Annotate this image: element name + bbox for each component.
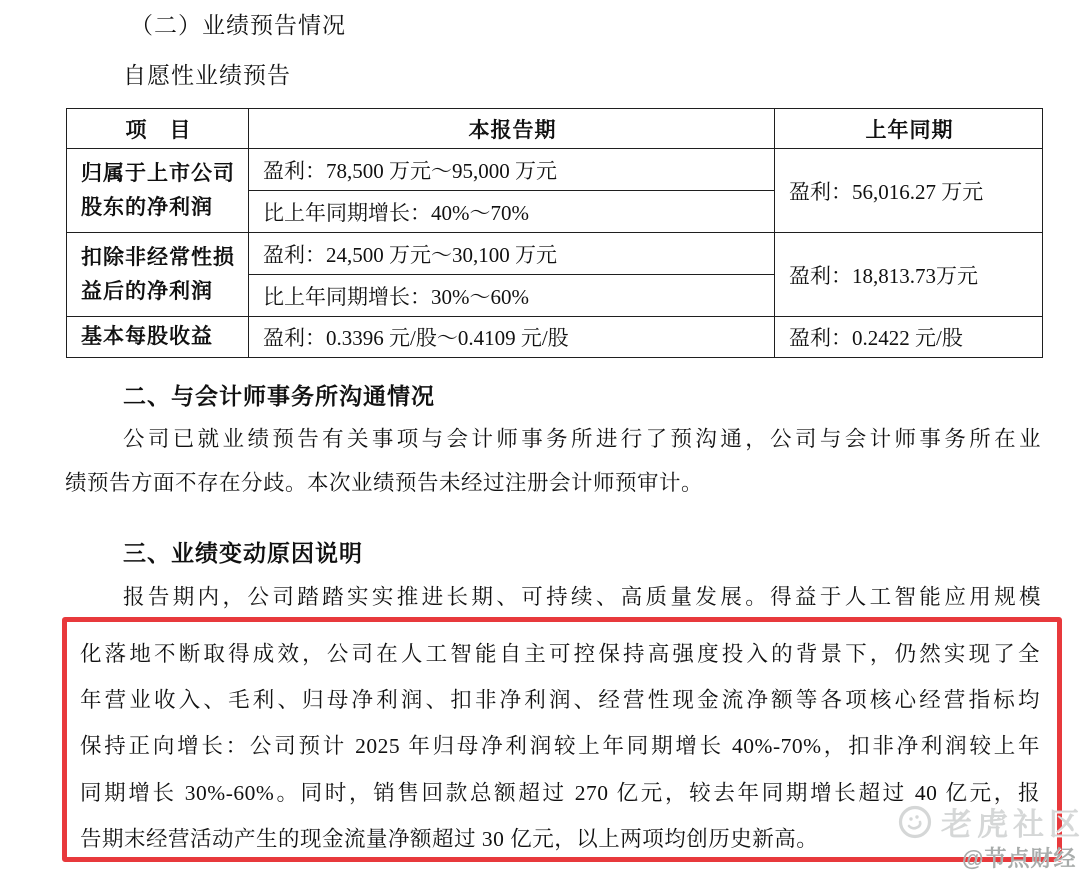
row-item-deducted-profit: 扣除非经常性损益后的净利润 <box>67 233 249 317</box>
row-item-eps: 基本每股收益 <box>67 317 249 358</box>
paragraph-line: 绩预告方面不存在分歧。本次业绩预告未经过注册会计师预审计。 <box>65 468 1041 498</box>
eps-prior: 盈利：0.2422 元/股 <box>775 317 1043 358</box>
net-profit-prior: 盈利：56,016.27 万元 <box>775 149 1043 233</box>
tiger-community-watermark: 老虎社区 <box>897 799 1080 844</box>
watermark-credit-label: @节点财经 <box>962 842 1076 873</box>
announcement-page: （二）业绩预告情况 自愿性业绩预告 项 目 本报告期 上年同期 归属于上市公司股… <box>0 0 1080 883</box>
header-current-period: 本报告期 <box>249 109 775 149</box>
highlighted-line: 告期末经营活动产生的现金流量净额超过 30 亿元，以上两项均创历史新高。 <box>80 816 1040 862</box>
paragraph-line: 报告期内，公司踏踏实实推进长期、可持续、高质量发展。得益于人工智能应用规模 <box>65 582 1041 612</box>
deducted-profit-growth: 比上年同期增长：30%～60% <box>249 275 775 317</box>
section-title-auditor-communication: 二、与会计师事务所沟通情况 <box>123 378 435 411</box>
table-row: 扣除非经常性损益后的净利润 盈利：24,500 万元～30,100 万元 盈利：… <box>67 233 1043 275</box>
watermark-community-label: 老虎社区 <box>941 799 1080 844</box>
subheading-voluntary-forecast: 自愿性业绩预告 <box>123 62 291 90</box>
section-title-change-reasons: 三、业绩变动原因说明 <box>123 535 363 568</box>
table-row: 基本每股收益 盈利：0.3396 元/股～0.4109 元/股 盈利：0.242… <box>67 317 1043 358</box>
table-header-row: 项 目 本报告期 上年同期 <box>67 109 1043 149</box>
section-heading-forecast: （二）业绩预告情况 <box>130 12 346 40</box>
highlighted-line: 保持正向增长：公司预计 2025 年归母净利润较上年同期增长 40%-70%，扣… <box>80 723 1040 769</box>
highlighted-line: 年营业收入、毛利、归母净利润、扣非净利润、经营性现金流净额等各项核心经营指标均 <box>80 677 1040 723</box>
deducted-profit-prior: 盈利：18,813.73万元 <box>775 233 1043 317</box>
header-item: 项 目 <box>67 109 249 149</box>
highlighted-line: 化落地不断取得成效，公司在人工智能自主可控保持高强度投入的背景下，仍然实现了全 <box>80 631 1040 677</box>
paragraph-line: 公司已就业绩预告有关事项与会计师事务所进行了预沟通，公司与会计师事务所在业 <box>65 424 1041 454</box>
highlighted-line: 同期增长 30%-60%。同时，销售回款总额超过 270 亿元，较去年同期增长超… <box>80 770 1040 816</box>
tiger-paw-icon <box>897 804 933 840</box>
net-profit-growth: 比上年同期增长：40%～70% <box>249 191 775 233</box>
table-row: 归属于上市公司股东的净利润 盈利：78,500 万元～95,000 万元 盈利：… <box>67 149 1043 191</box>
header-prior-period: 上年同期 <box>775 109 1043 149</box>
eps-range: 盈利：0.3396 元/股～0.4109 元/股 <box>249 317 775 358</box>
net-profit-range: 盈利：78,500 万元～95,000 万元 <box>249 149 775 191</box>
deducted-profit-range: 盈利：24,500 万元～30,100 万元 <box>249 233 775 275</box>
forecast-table: 项 目 本报告期 上年同期 归属于上市公司股东的净利润 盈利：78,500 万元… <box>66 108 1043 358</box>
row-item-net-profit: 归属于上市公司股东的净利润 <box>67 149 249 233</box>
